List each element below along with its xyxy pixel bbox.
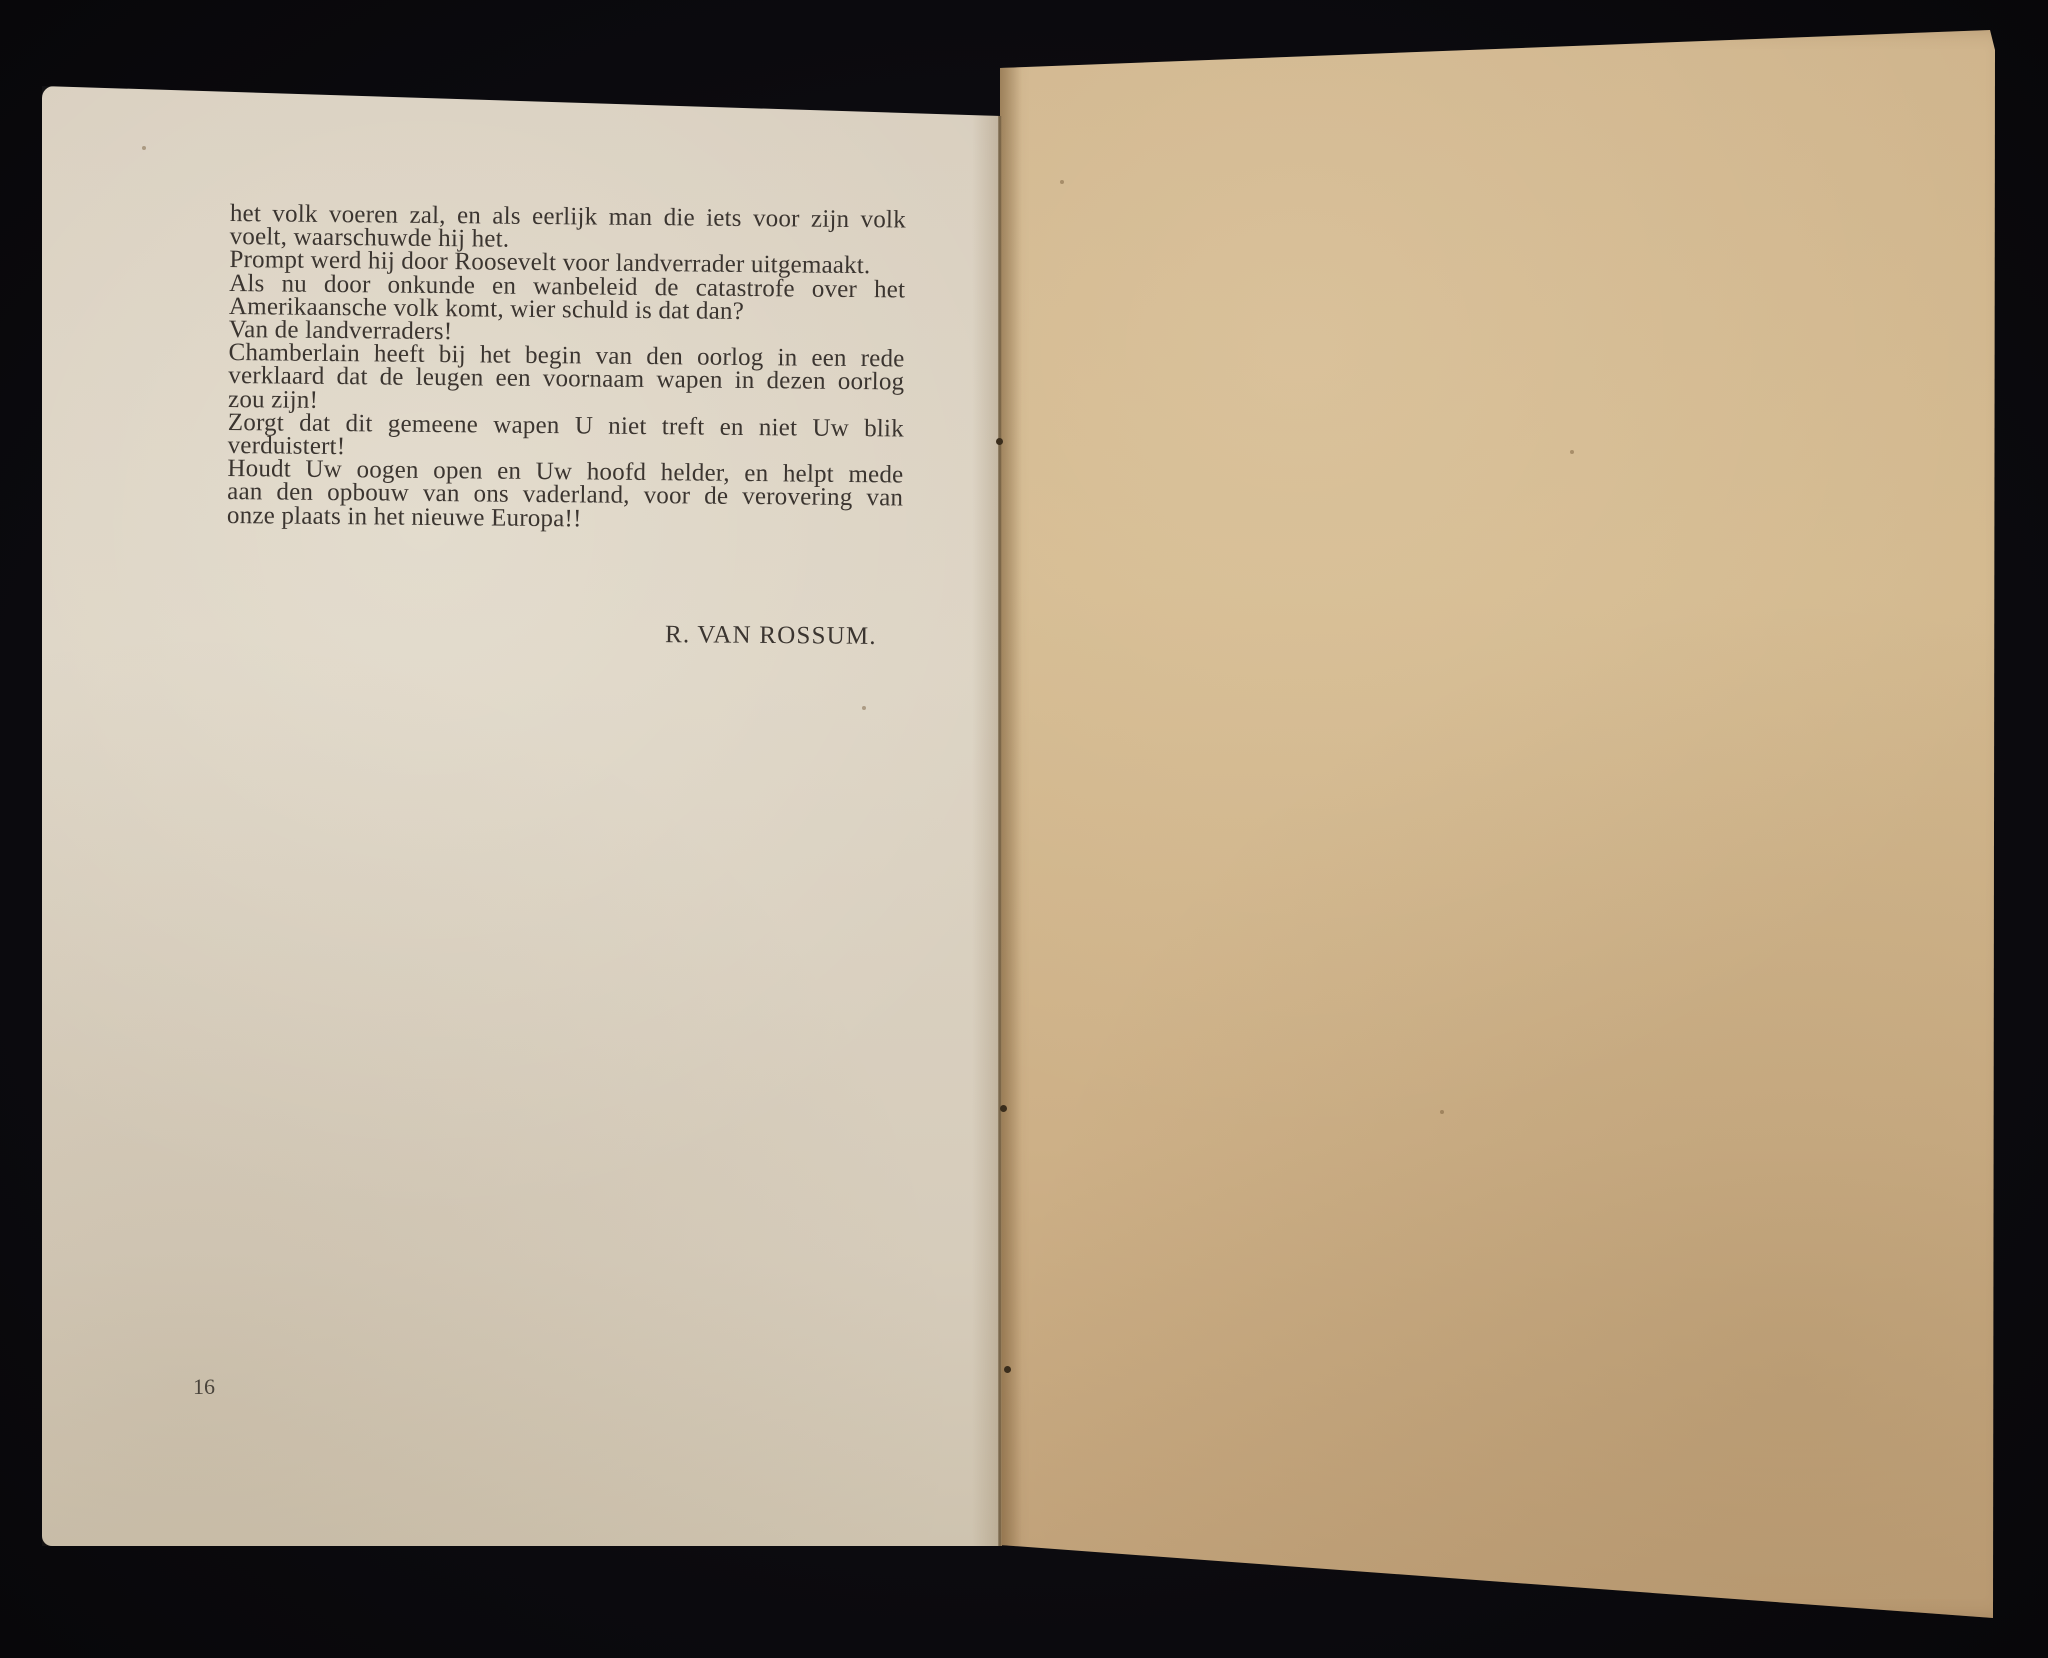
spine-stitch bbox=[1000, 1105, 1007, 1112]
paper-speck bbox=[1570, 450, 1574, 454]
paper-speck bbox=[1440, 1110, 1444, 1114]
page-number: 16 bbox=[193, 1374, 215, 1400]
right-page-blank bbox=[1000, 30, 1995, 1618]
author-signature: R. VAN ROSSUM. bbox=[665, 621, 877, 651]
paper-speck bbox=[1060, 180, 1064, 184]
paper-speck bbox=[862, 706, 866, 710]
body-text: het volk voeren zal, en als eerlijk man … bbox=[227, 202, 906, 533]
paper-speck bbox=[142, 146, 146, 150]
spine-stitch bbox=[1004, 1366, 1011, 1373]
book-spine bbox=[998, 116, 1002, 1546]
photo-scene: het volk voeren zal, en als eerlijk man … bbox=[0, 0, 2048, 1658]
text-line: verklaard dat de leugen een voornaam wap… bbox=[228, 364, 904, 394]
spine-stitch bbox=[996, 438, 1003, 445]
